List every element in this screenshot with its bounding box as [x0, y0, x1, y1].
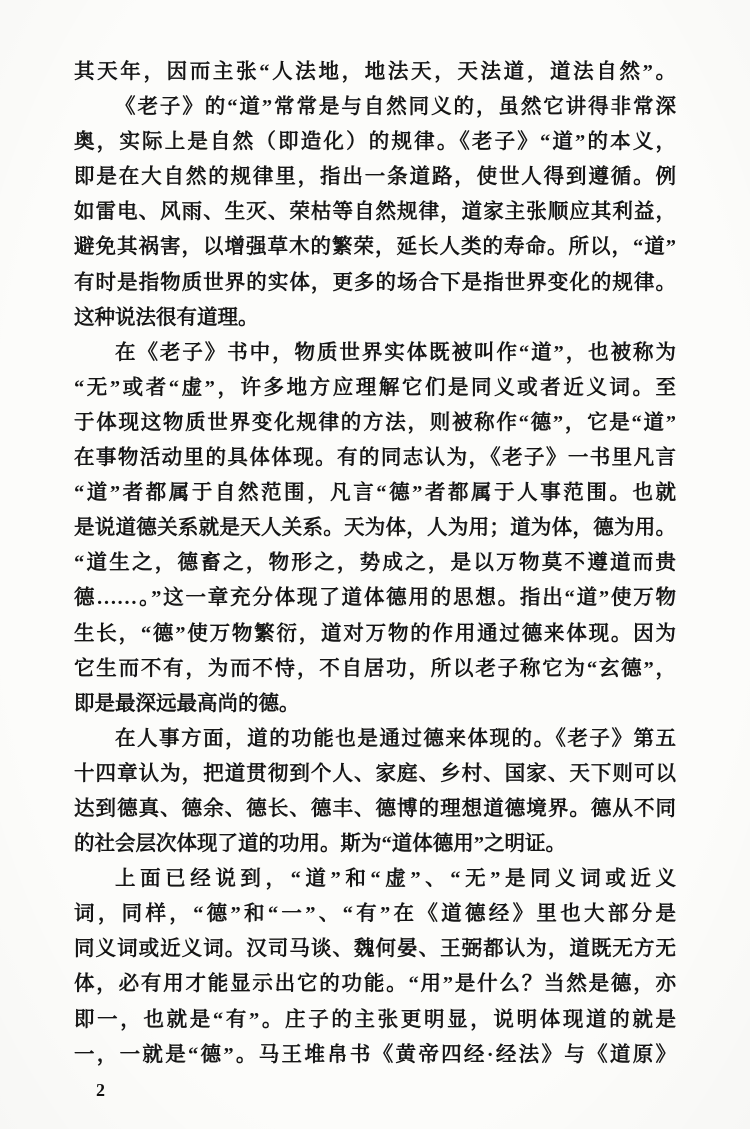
text-line: 即是在大自然的规律里，指出一条道路，使世人得到遵循。例 [74, 160, 676, 195]
text-line: 同义词或近义词。汉司马谈、魏何晏、王弼都认为，道既无方无 [74, 932, 676, 967]
book-page: 其天年，因而主张“人法地，地法天，天法道，道法自然”。《老子》的“道”常常是与自… [0, 0, 750, 1129]
page-number: 2 [96, 1080, 105, 1101]
text-line: 生长，“德”使万物繁衍，道对万物的作用通过德来体现。因为 [74, 617, 676, 652]
text-line: 十四章认为，把道贯彻到个人、家庭、乡村、国家、天下则可以 [74, 757, 676, 792]
text-line: “道”者都属于自然范围，凡言“德”者都属于人事范围。也就 [74, 476, 676, 511]
text-line: 一，一就是“德”。马王堆帛书《黄帝四经·经法》与《道原》 [74, 1038, 676, 1073]
text-line: 这种说法很有道理。 [74, 301, 676, 336]
text-line: 是说道德关系就是天人关系。天为体，人为用；道为体，德为用。 [74, 511, 676, 546]
body-text: 其天年，因而主张“人法地，地法天，天法道，道法自然”。《老子》的“道”常常是与自… [74, 55, 676, 1073]
text-line: 它生而不有，为而不恃，不自居功，所以老子称它为“玄德”， [74, 652, 676, 687]
text-line: 其天年，因而主张“人法地，地法天，天法道，道法自然”。 [74, 55, 676, 90]
text-line: 于体现这物质世界变化规律的方法，则被称作“德”，它是“道” [74, 406, 676, 441]
text-line: 如雷电、风雨、生灭、荣枯等自然规律，道家主张顺应其利益， [74, 195, 676, 230]
text-line: 体，必有用才能显示出它的功能。“用”是什么？当然是德，亦 [74, 967, 676, 1002]
text-line: 在事物活动里的具体体现。有的同志认为，《老子》一书里凡言 [74, 441, 676, 476]
text-line: “道生之，德畜之，物形之，势成之，是以万物莫不遵道而贵 [74, 546, 676, 581]
text-line: 在《老子》书中，物质世界实体既被叫作“道”，也被称为 [74, 336, 676, 371]
text-line: 达到德真、德余、德长、德丰、德博的理想道德境界。德从不同 [74, 792, 676, 827]
text-line: 在人事方面，道的功能也是通过德来体现的。《老子》第五 [74, 722, 676, 757]
text-line: 上面已经说到，“道”和“虚”、“无”是同义词或近义 [74, 862, 676, 897]
text-line: 避免其祸害，以增强草木的繁荣，延长人类的寿命。所以，“道” [74, 230, 676, 265]
text-line: 的社会层次体现了道的功用。斯为“道体德用”之明证。 [74, 827, 676, 862]
text-line: 《老子》的“道”常常是与自然同义的，虽然它讲得非常深 [74, 90, 676, 125]
text-line: “无”或者“虚”，许多地方应理解它们是同义或者近义词。至 [74, 371, 676, 406]
text-line: 即一，也就是“有”。庄子的主张更明显，说明体现道的就是 [74, 1003, 676, 1038]
text-line: 词，同样，“德”和“一”、“有”在《道德经》里也大部分是 [74, 897, 676, 932]
text-line: 即是最深远最高尚的德。 [74, 687, 676, 722]
text-line: 奥，实际上是自然（即造化）的规律。《老子》“道”的本义， [74, 125, 676, 160]
text-line: 德……。”这一章充分体现了道体德用的思想。指出“道”使万物 [74, 581, 676, 616]
text-line: 有时是指物质世界的实体，更多的场合下是指世界变化的规律。 [74, 266, 676, 301]
